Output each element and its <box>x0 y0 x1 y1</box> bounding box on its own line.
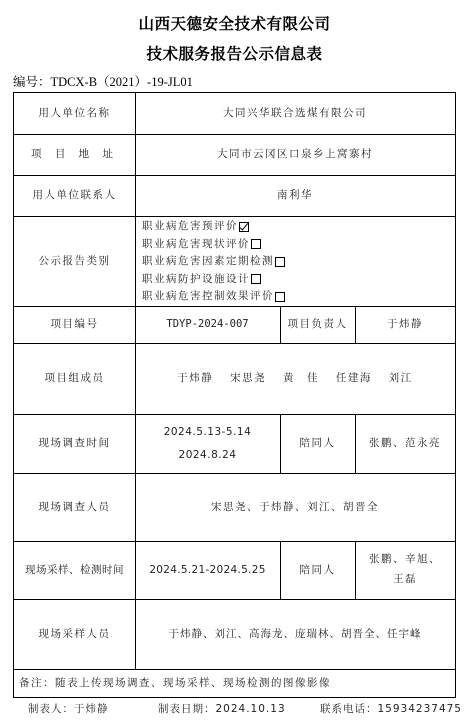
survey-staff-value: 宋思尧、于炜静、刘江、胡晋全 <box>135 473 455 541</box>
checkbox-checked-icon[interactable] <box>239 222 249 232</box>
report-category-checklist: 职业病危害预评价 职业病危害现状评价 职业病危害因素定期检测 职业病防护设施设计… <box>142 218 285 306</box>
sampling-staff-value: 于炜静、刘江、高海龙、庞瑞林、胡晋全、任宇峰 <box>135 599 455 669</box>
document-number: 编号：TDCX-B（2021）-19-JL01 <box>13 72 193 90</box>
survey-time-label: 现场调查时间 <box>14 414 135 473</box>
prepared-date: 制表日期：2024.10.13 <box>158 701 286 716</box>
survey-escort-value: 张鹏、范永亮 <box>355 414 455 473</box>
category-label: 职业病危害控制效果评价 <box>142 288 274 306</box>
survey-escort-label: 陪同人 <box>280 414 355 473</box>
sampling-escort-line2: 王磊 <box>393 570 417 590</box>
category-item-pre-assessment[interactable]: 职业病危害预评价 <box>142 218 285 236</box>
checkbox-unchecked-icon[interactable] <box>275 292 285 302</box>
project-leader-label: 项目负责人 <box>280 306 355 343</box>
employer-contact-value: 南利华 <box>135 175 455 216</box>
sampling-escort-label: 陪同人 <box>280 541 355 599</box>
sampling-staff-label: 现场采样人员 <box>14 599 135 669</box>
employer-name-value: 大同兴华联合选煤有限公司 <box>135 93 455 134</box>
employer-name-label: 用人单位名称 <box>14 93 135 134</box>
sampling-time-label: 现场采样、检测时间 <box>14 541 135 599</box>
checkbox-unchecked-icon[interactable] <box>275 257 285 267</box>
checkbox-unchecked-icon[interactable] <box>251 239 261 249</box>
category-label: 职业病防护设施设计 <box>142 271 250 289</box>
survey-time-value: 2024.5.13-5.14 2024.8.24 <box>135 414 280 473</box>
team-members-label: 项目组成员 <box>14 343 135 414</box>
project-address-label: 项 目 地 址 <box>14 134 135 175</box>
sampling-time-value: 2024.5.21-2024.5.25 <box>135 541 280 599</box>
checkbox-unchecked-icon[interactable] <box>251 274 261 284</box>
prepared-by: 制表人：于炜静 <box>28 701 109 716</box>
project-number-label: 项目编号 <box>14 306 135 343</box>
survey-time-line1: 2024.5.13-5.14 <box>164 421 252 443</box>
project-address-value: 大同市云冈区口泉乡上窝寨村 <box>135 134 455 175</box>
remark-text: 备注：随表上传现场调查、现场采样、现场检测的图像影像 <box>19 669 331 696</box>
category-label: 职业病危害因素定期检测 <box>142 253 274 271</box>
survey-staff-label: 现场调查人员 <box>14 473 135 541</box>
category-item-status-assessment[interactable]: 职业病危害现状评价 <box>142 236 285 254</box>
team-members-value: 于炜静 宋思尧 黄 佳 任建海 刘江 <box>135 343 455 414</box>
remark-row: 备注：随表上传现场调查、现场采样、现场检测的图像影像 <box>14 669 455 696</box>
category-label: 职业病危害预评价 <box>142 218 238 236</box>
sampling-escort-line1: 张鹏、辛旭、 <box>369 550 441 570</box>
category-item-control-effect[interactable]: 职业病危害控制效果评价 <box>142 288 285 306</box>
employer-contact-label: 用人单位联系人 <box>14 175 135 216</box>
company-name: 山西天德安全技术有限公司 <box>0 12 469 34</box>
project-number-value: TDYP-2024-007 <box>135 306 280 343</box>
disclosure-table: 用人单位名称 大同兴华联合选煤有限公司 项 目 地 址 大同市云冈区口泉乡上窝寨… <box>13 92 456 698</box>
report-category-label: 公示报告类别 <box>14 216 135 306</box>
project-leader-value: 于炜静 <box>355 306 455 343</box>
category-item-periodic-testing[interactable]: 职业病危害因素定期检测 <box>142 253 285 271</box>
form-title: 技术服务报告公示信息表 <box>0 42 469 64</box>
category-item-protection-design[interactable]: 职业病防护设施设计 <box>142 271 285 289</box>
sampling-escort-value: 张鹏、辛旭、 王磊 <box>355 541 455 599</box>
survey-time-line2: 2024.8.24 <box>179 444 237 466</box>
category-label: 职业病危害现状评价 <box>142 236 250 254</box>
contact-phone: 联系电话：15934237475 <box>320 701 462 716</box>
